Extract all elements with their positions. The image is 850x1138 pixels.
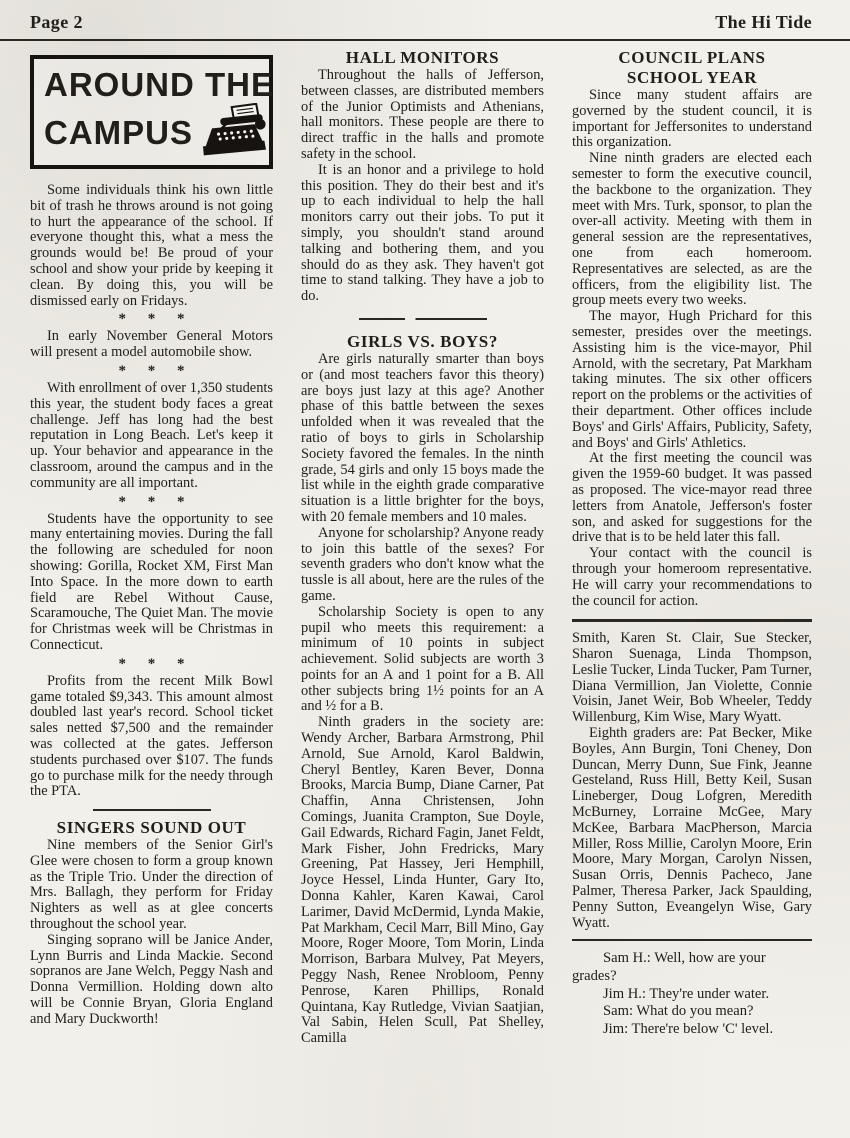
article-divider: [359, 318, 487, 320]
girls-vs-boys-heading: GIRLS VS. BOYS?: [301, 332, 544, 352]
stars-separator: * * *: [30, 311, 273, 328]
paragraph: Are girls naturally smarter than boys or…: [301, 352, 544, 526]
paragraph: Profits from the recent Milk Bowl game t…: [30, 674, 273, 800]
joke-line: Sam: What do you mean?: [572, 1003, 812, 1021]
paragraph: Throughout the halls of Jefferson, betwe…: [301, 68, 544, 163]
around-campus-title-line2-row: CAMPUS: [44, 103, 261, 162]
council-heading-line2: SCHOOL YEAR: [572, 68, 812, 88]
singers-heading: SINGERS SOUND OUT: [30, 818, 273, 838]
column-middle: HALL MONITORS Throughout the halls of Je…: [301, 48, 544, 1138]
header-rule: [0, 39, 850, 41]
around-campus-title-line1: AROUND THE: [44, 67, 261, 103]
column-left: AROUND THE CAMPUS: [30, 48, 273, 1138]
around-campus-title-line2: CAMPUS: [44, 113, 193, 153]
column-rule: [572, 939, 812, 941]
column-right: COUNCIL PLANS SCHOOL YEAR Since many stu…: [572, 48, 812, 1138]
paragraph: Nine ninth graders are elected each seme…: [572, 151, 812, 309]
paragraph: Some individuals think his own little bi…: [30, 183, 273, 309]
paragraph: Scholarship Society is open to any pupil…: [301, 605, 544, 716]
roster-continuation: Smith, Karen St. Clair, Sue Stecker, Sha…: [572, 631, 812, 726]
paragraph: It is an honor and a privilege to hold t…: [301, 163, 544, 305]
paragraph: Since many student affairs are governed …: [572, 88, 812, 151]
page-number: Page 2: [30, 12, 83, 33]
column-layout: AROUND THE CAMPUS: [30, 48, 812, 1138]
paragraph: Eighth graders are: Pat Becker, Mike Boy…: [572, 726, 812, 931]
paragraph: Singing soprano will be Janice Ander, Ly…: [30, 933, 273, 1028]
joke-line: Jim H.: They're under water.: [572, 986, 812, 1004]
paragraph: The mayor, Hugh Prichard for this semest…: [572, 309, 812, 451]
joke-line: Jim: There're below 'C' level.: [572, 1021, 812, 1039]
stars-separator: * * *: [30, 363, 273, 380]
paragraph: In early November General Motors will pr…: [30, 329, 273, 361]
page-header: Page 2 The Hi Tide: [30, 12, 812, 33]
council-heading-line1: COUNCIL PLANS: [572, 48, 812, 68]
paragraph: Nine members of the Senior Girl's Glee w…: [30, 838, 273, 933]
paragraph: At the first meeting the council was giv…: [572, 451, 812, 546]
paragraph: Anyone for scholarship? Anyone ready to …: [301, 526, 544, 605]
joke-line: Sam H.: Well, how are your grades?: [572, 950, 812, 985]
masthead-title: The Hi Tide: [715, 12, 812, 33]
paragraph: Students have the opportunity to see man…: [30, 512, 273, 654]
stars-separator: * * *: [30, 494, 273, 511]
typewriter-icon: [193, 103, 267, 162]
hall-monitors-heading: HALL MONITORS: [301, 48, 544, 68]
paragraph: Your contact with the council is through…: [572, 546, 812, 609]
stars-separator: * * *: [30, 656, 273, 673]
newspaper-page: Page 2 The Hi Tide AROUND THE CAMPUS: [0, 0, 850, 1138]
section-rule: [93, 809, 211, 811]
paragraph: Ninth graders in the society are: Wendy …: [301, 715, 544, 1047]
around-the-campus-box: AROUND THE CAMPUS: [30, 55, 273, 169]
paragraph: With enrollment of over 1,350 students t…: [30, 381, 273, 492]
column-rule: [572, 619, 812, 622]
